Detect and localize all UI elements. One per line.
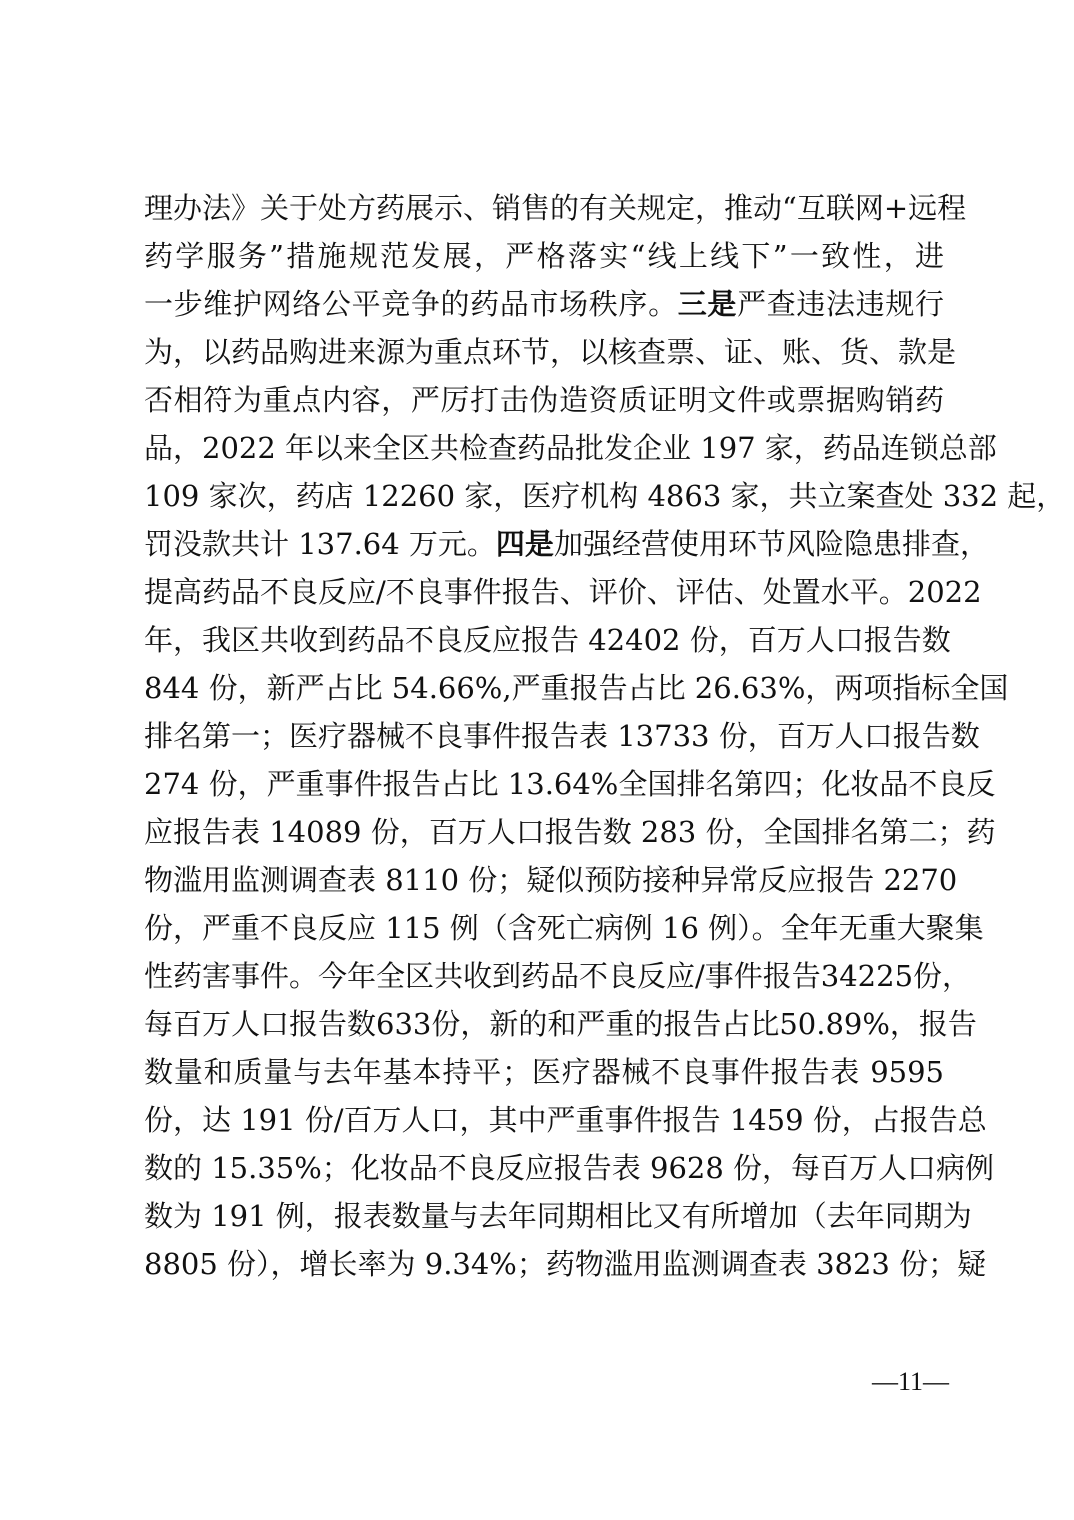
text-line: 提高药品不良反应/不良事件报告、评价、评估、处置水平。2022	[144, 568, 944, 616]
page-number: —11—	[872, 1367, 949, 1397]
text-span: 份，严重不良反应 115 例（含死亡病例 16 例）。全年无重大聚集	[144, 911, 984, 945]
text-span: 数的 15.35%；化妆品不良反应报告表 9628 份，每百万人口病例	[144, 1151, 994, 1185]
text-span: 严查违法违规行	[737, 287, 944, 321]
text-span: 每百万人口报告数633份，新的和严重的报告占比50.89%，报告	[144, 1007, 977, 1041]
text-span: 8805 份），增长率为 9.34%；药物滥用监测调查表 3823 份；疑	[144, 1247, 986, 1281]
text-line: 物滥用监测调查表 8110 份；疑似预防接种异常反应报告 2270	[144, 856, 944, 904]
text-span: 应报告表 14089 份，百万人口报告数 283 份，全国排名第二；药	[144, 815, 995, 849]
text-line: 排名第一；医疗器械不良事件报告表 13733 份，百万人口报告数	[144, 712, 944, 760]
text-line: 罚没款共计 137.64 万元。四是加强经营使用环节风险隐患排查，	[144, 520, 944, 568]
text-span: 数量和质量与去年基本持平；医疗器械不良事件报告表 9595	[144, 1055, 944, 1089]
text-span: 提高药品不良反应/不良事件报告、评价、评估、处置水平。2022	[144, 575, 982, 609]
text-line: 否相符为重点内容，严厉打击伪造资质证明文件或票据购销药	[144, 376, 944, 424]
document-body: 理办法》关于处方药展示、销售的有关规定，推动“互联网+远程药学服务”措施规范发展…	[144, 184, 944, 1288]
text-span: 品，2022 年以来全区共检查药品批发企业 197 家，药品连锁总部	[144, 431, 997, 465]
text-span: 理办法》关于处方药展示、销售的有关规定，推动“互联网+远程	[144, 191, 966, 225]
text-line: 药学服务”措施规范发展，严格落实“线上线下”一致性，进	[144, 232, 944, 280]
text-span: 一步维护网络公平竞争的药品市场秩序。	[144, 287, 678, 321]
text-span: 物滥用监测调查表 8110 份；疑似预防接种异常反应报告 2270	[144, 863, 957, 897]
text-span: 性药害事件。今年全区共收到药品不良反应/事件报告34225份，	[144, 959, 971, 993]
text-line: 份，达 191 份/百万人口，其中严重事件报告 1459 份，占报告总	[144, 1096, 944, 1144]
text-span: 109 家次，药店 12260 家，医疗机构 4863 家，共立案查处 332 …	[144, 479, 1065, 513]
text-span: 数为 191 例，报表数量与去年同期相比又有所增加（去年同期为	[144, 1199, 972, 1233]
text-line: 每百万人口报告数633份，新的和严重的报告占比50.89%，报告	[144, 1000, 944, 1048]
text-span: 年，我区共收到药品不良反应报告 42402 份，百万人口报告数	[144, 623, 951, 657]
text-line: 为，以药品购进来源为重点环节，以核查票、证、账、货、款是	[144, 328, 944, 376]
bold-lead-phrase: 四是	[496, 527, 554, 561]
text-line: 品，2022 年以来全区共检查药品批发企业 197 家，药品连锁总部	[144, 424, 944, 472]
text-line: 应报告表 14089 份，百万人口报告数 283 份，全国排名第二；药	[144, 808, 944, 856]
text-line: 数的 15.35%；化妆品不良反应报告表 9628 份，每百万人口病例	[144, 1144, 944, 1192]
text-span: 844 份，新严占比 54.66%,严重报告占比 26.63%，两项指标全国	[144, 671, 1008, 705]
text-line: 性药害事件。今年全区共收到药品不良反应/事件报告34225份，	[144, 952, 944, 1000]
text-span: 药学服务”措施规范发展，严格落实“线上线下”一致性，进	[144, 239, 944, 273]
bold-lead-phrase: 三是	[678, 287, 737, 321]
text-line: 理办法》关于处方药展示、销售的有关规定，推动“互联网+远程	[144, 184, 944, 232]
text-line: 年，我区共收到药品不良反应报告 42402 份，百万人口报告数	[144, 616, 944, 664]
text-line: 274 份，严重事件报告占比 13.64%全国排名第四；化妆品不良反	[144, 760, 944, 808]
text-line: 844 份，新严占比 54.66%,严重报告占比 26.63%，两项指标全国	[144, 664, 944, 712]
text-line: 一步维护网络公平竞争的药品市场秩序。三是严查违法违规行	[144, 280, 944, 328]
text-span: 罚没款共计 137.64 万元。	[144, 527, 496, 561]
text-line: 数量和质量与去年基本持平；医疗器械不良事件报告表 9595	[144, 1048, 944, 1096]
text-line: 8805 份），增长率为 9.34%；药物滥用监测调查表 3823 份；疑	[144, 1240, 944, 1288]
text-span: 为，以药品购进来源为重点环节，以核查票、证、账、货、款是	[144, 335, 956, 369]
text-span: 274 份，严重事件报告占比 13.64%全国排名第四；化妆品不良反	[144, 767, 995, 801]
text-line: 109 家次，药店 12260 家，医疗机构 4863 家，共立案查处 332 …	[144, 472, 944, 520]
text-span: 份，达 191 份/百万人口，其中严重事件报告 1459 份，占报告总	[144, 1103, 987, 1137]
text-span: 否相符为重点内容，严厉打击伪造资质证明文件或票据购销药	[144, 383, 944, 417]
text-line: 数为 191 例，报表数量与去年同期相比又有所增加（去年同期为	[144, 1192, 944, 1240]
text-span: 排名第一；医疗器械不良事件报告表 13733 份，百万人口报告数	[144, 719, 980, 753]
text-span: 加强经营使用环节风险隐患排查，	[554, 527, 989, 561]
text-line: 份，严重不良反应 115 例（含死亡病例 16 例）。全年无重大聚集	[144, 904, 944, 952]
